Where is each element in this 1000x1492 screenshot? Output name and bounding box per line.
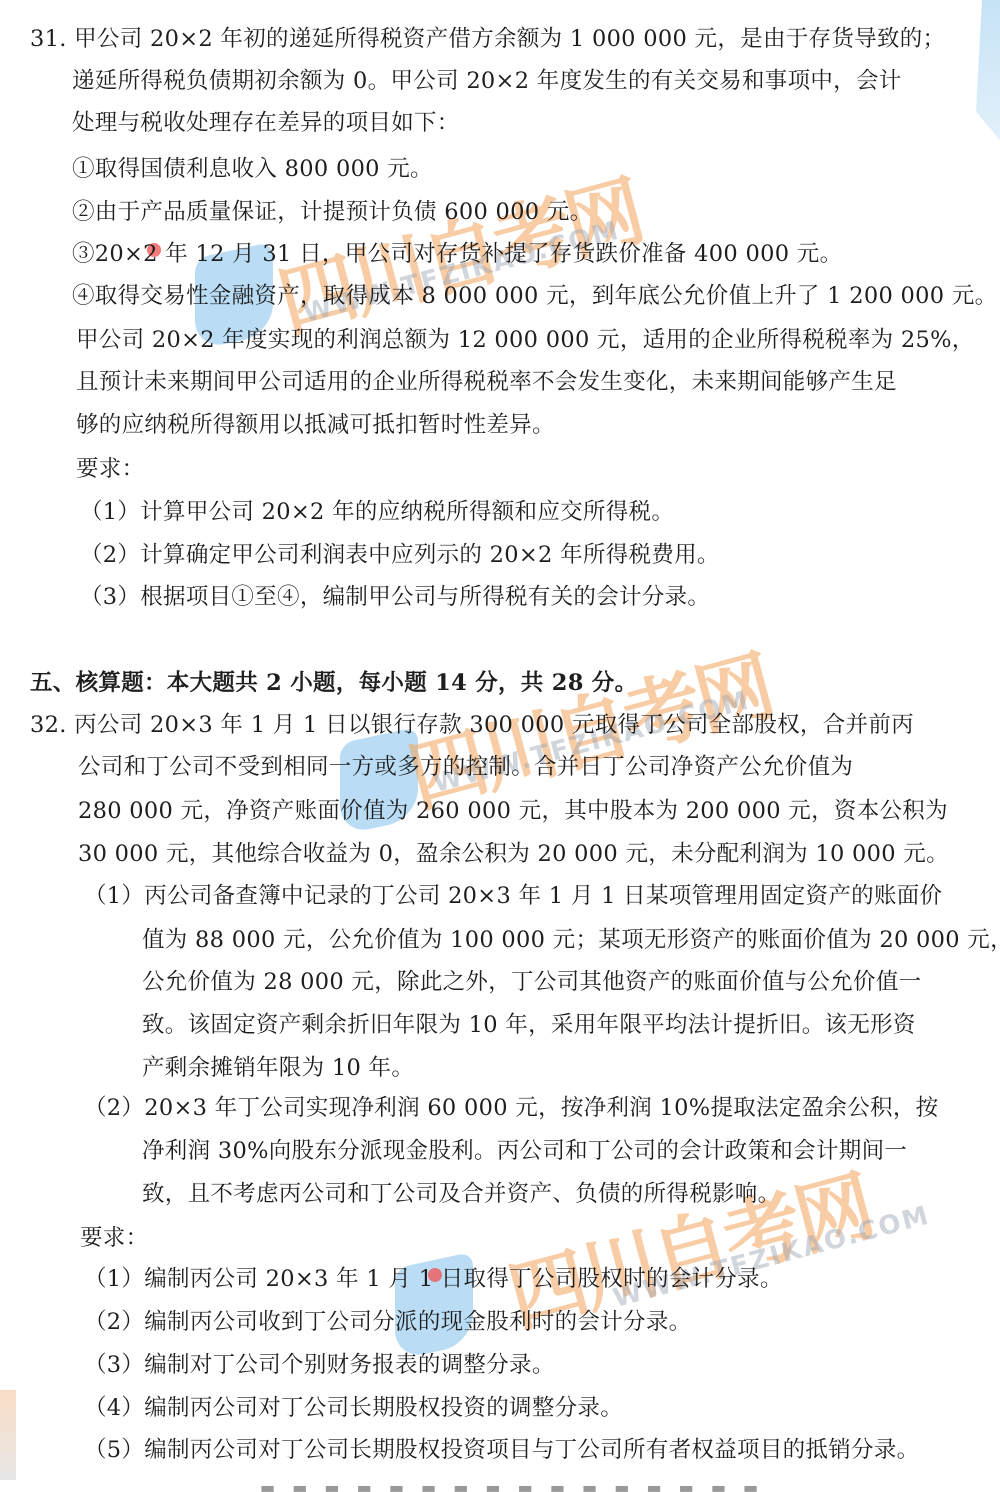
q32-stem-line-3: 280 000 元，净资产账面价值为 260 000 元，其中股本为 200 0…: [78, 796, 948, 826]
q32-requirement-2: （2）编制丙公司收到丁公司分派的现金股利时的会计分录。: [84, 1307, 691, 1337]
q31-item-1: ①取得国债利息收入 800 000 元。: [72, 154, 433, 184]
q32-requirement-3: （3）编制对丁公司个别财务报表的调整分录。: [84, 1350, 555, 1380]
q31-item-4: ④取得交易性金融资产，取得成本 8 000 000 元，到年底公允价值上升了 1…: [72, 281, 997, 311]
q31-requirements-label: 要求：: [76, 454, 144, 484]
q32-stem-line-1: 32. 丙公司 20×3 年 1 月 1 日以银行存款 300 000 元取得丁…: [30, 710, 914, 740]
q32-sub1-line-3: 公允价值为 28 000 元，除此之外，丁公司其他资产的账面价值与公允价值一: [142, 967, 921, 997]
q32-requirement-4: （4）编制丙公司对丁公司长期股权投资的调整分录。: [84, 1393, 623, 1423]
q31-stem-line-2: 递延所得税负债期初余额为 0。甲公司 20×2 年度发生的有关交易和事项中，会计: [72, 66, 902, 96]
q31-tail-line-2: 且预计未来期间甲公司适用的企业所得税税率不会发生变化，未来期间能够产生足: [76, 367, 897, 397]
watermark-logo-fragment-right: [970, 0, 1000, 140]
q32-requirements-label: 要求：: [80, 1223, 148, 1253]
q31-tail-line-1: 甲公司 20×2 年度实现的利润总额为 12 000 000 元，适用的企业所得…: [76, 325, 975, 355]
q32-requirement-5: （5）编制丙公司对丁公司长期股权投资项目与丁公司所有者权益项目的抵销分录。: [84, 1435, 919, 1465]
q32-sub1-line-1: （1）丙公司备查簿中记录的丁公司 20×3 年 1 月 1 日某项管理用固定资产…: [84, 881, 942, 911]
watermark-logo-fragment-left: [0, 1390, 16, 1480]
q32-sub2-line-3: 致，且不考虑丙公司和丁公司及合并资产、负债的所得税影响。: [142, 1179, 780, 1209]
q32-requirement-1: （1）编制丙公司 20×3 年 1 月 1 日取得丁公司股权时的会计分录。: [84, 1264, 783, 1294]
footer-cutoff-text: ▬ ▬ ▬ ▬ ▬ ▬ ▬ ▬ ▬ ▬ ▬ ▬ ▬ ▬ ▬ ▬: [260, 1478, 764, 1492]
q32-sub1-line-2: 值为 88 000 元，公允价值为 100 000 元；某项无形资产的账面价值为…: [142, 925, 1000, 955]
q31-requirement-1: （1）计算甲公司 20×2 年的应纳税所得额和应交所得税。: [80, 497, 674, 527]
q31-tail-line-3: 够的应纳税所得额用以抵减可抵扣暂时性差异。: [76, 410, 555, 440]
q32-stem-line-2: 公司和丁公司不受到相同一方或多方的控制。合并日丁公司净资产公允价值为: [78, 752, 853, 782]
q32-sub1-line-4: 致。该固定资产剩余折旧年限为 10 年，采用年限平均法计提折旧。该无形资: [142, 1010, 916, 1040]
q31-stem-line-1: 31. 甲公司 20×2 年初的递延所得税资产借方余额为 1 000 000 元…: [30, 24, 945, 54]
q32-sub2-line-1: （2）20×3 年丁公司实现净利润 60 000 元，按净利润 10%提取法定盈…: [84, 1093, 938, 1123]
q31-requirement-3: （3）根据项目①至④，编制甲公司与所得税有关的会计分录。: [80, 582, 710, 612]
watermark-url: WWW.TFZIKAO.COM: [610, 1200, 933, 1313]
q32-sub1-line-5: 产剩余摊销年限为 10 年。: [142, 1053, 414, 1083]
q31-item-2: ②由于产品质量保证，计提预计负债 600 000 元。: [72, 197, 592, 227]
q31-item-3: ③20×2 年 12 月 31 日，甲公司对存货补提了存货跌价准备 400 00…: [72, 239, 842, 269]
exam-page: 四川自考网 WWW.TFZIKAO.COM 四川自考网 WWW.TFZIKAO.…: [0, 0, 1000, 1492]
q32-sub2-line-2: 净利润 30%向股东分派现金股利。丙公司和丁公司的会计政策和会计期间一: [142, 1136, 907, 1166]
q32-stem-line-4: 30 000 元，其他综合收益为 0，盈余公积为 20 000 元，未分配利润为…: [78, 839, 949, 869]
watermark-url: WWW.TFZIKAO.COM: [300, 215, 623, 328]
q31-requirement-2: （2）计算确定甲公司利润表中应列示的 20×2 年所得税费用。: [80, 540, 720, 570]
section-heading: 五、核算题：本大题共 2 小题，每小题 14 分，共 28 分。: [30, 668, 637, 698]
q31-stem-line-3: 处理与税收处理存在差异的项目如下：: [72, 108, 460, 138]
